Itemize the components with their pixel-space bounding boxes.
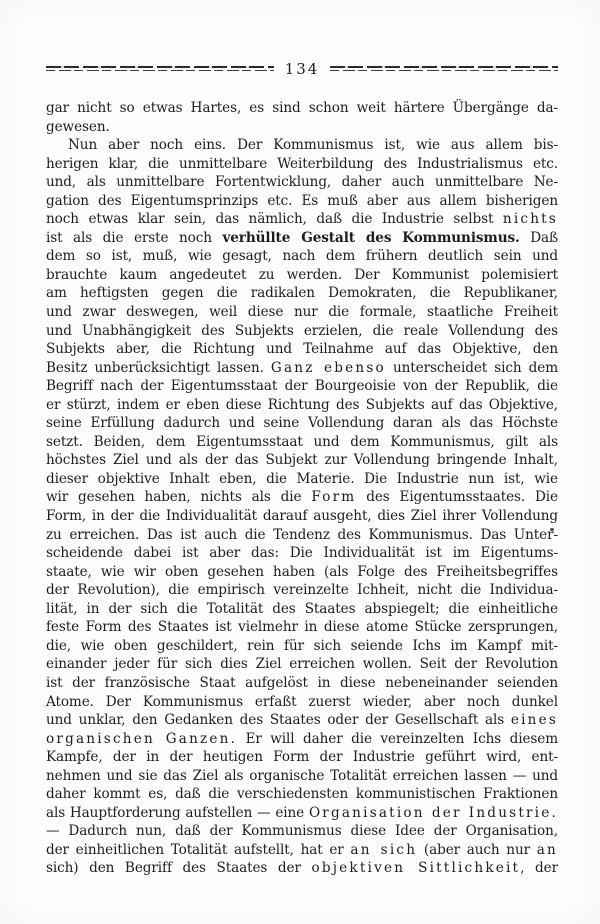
text-segment: gation des Eigentumsprinzips etc. Es muß…: [46, 193, 558, 209]
text-line: der einheitlichen Totalität aufstellt, h…: [46, 841, 558, 860]
text-segment: dem so ist, muß, wie gesagt, nach dem fr…: [46, 248, 558, 264]
text-line: gation des Eigentumsprinzips etc. Es muß…: [46, 192, 558, 211]
text-segment: als Hauptforderung aufstellen — eine: [46, 805, 309, 821]
text-segment: Besitz unberücksichtigt lassen.: [46, 360, 271, 376]
page-number: 134: [283, 60, 322, 78]
text-segment: des Eigentumsstaates. Die: [356, 489, 558, 505]
text-line: scheidende dabei ist aber das: Die Indiv…: [46, 544, 558, 563]
text-segment: und Unabhängigkeit des Subjekts erzielen…: [46, 323, 558, 339]
text-segment: setzt. Beiden, dem Eigentumsstaat und de…: [46, 434, 558, 450]
text-segment: er stürzt, indem er eben diese Richtung …: [46, 397, 558, 413]
text-segment: staate, wie wir oben gesehen haben (als …: [46, 564, 558, 580]
text-segment: höchstes Ziel und als der das Subjekt zu…: [46, 452, 558, 468]
text-segment: Er will daher die vereinzelten Ichs dies…: [237, 731, 558, 747]
text-line: herigen klar, die unmittelbare Weiterbil…: [46, 155, 558, 174]
text-line: als Hauptforderung aufstellen — eine Org…: [46, 804, 558, 823]
text-segment: sich) den Begriff des Staates der: [46, 860, 311, 876]
text-line: Begriff nach der Eigentumsstaat der Bour…: [46, 377, 558, 396]
page-text: gar nicht so etwas Hartes, es sind schon…: [46, 99, 558, 878]
text-line: brauchte kaum angedeutet zu werden. Der …: [46, 266, 558, 285]
text-segment: scheidende dabei ist aber das: Die Indiv…: [46, 545, 558, 561]
text-line: Nun aber noch eins. Der Kommunismus ist,…: [46, 136, 558, 155]
emphasized-spaced-text: an sich: [350, 842, 417, 858]
text-line: staate, wie wir oben gesehen haben (als …: [46, 563, 558, 582]
text-line: am heftigsten gegen die radikalen Demokr…: [46, 284, 558, 303]
text-segment: noch etwas klar sein, das nämlich, daß d…: [46, 211, 503, 227]
text-line: und Unabhängigkeit des Subjekts erzielen…: [46, 322, 558, 341]
text-segment: und unklar, den Gedanken des Staates ode…: [46, 712, 511, 728]
text-line: organischen Ganzen. Er will daher die ve…: [46, 730, 558, 749]
text-line: und zwar deswegen, weil diese nur die fo…: [46, 303, 558, 322]
text-segment: dieser objektive Inhalt eben, die Materi…: [46, 471, 558, 487]
text-line: ist als die erste noch verhüllte Gestalt…: [46, 229, 558, 248]
text-segment: herigen klar, die unmittelbare Weiterbil…: [46, 156, 558, 172]
text-segment: und, als unmittelbare Fortentwicklung, d…: [46, 174, 558, 190]
text-line: — Dadurch nun, daß der Kommunismus diese…: [46, 822, 558, 841]
text-line: setzt. Beiden, dem Eigentumsstaat und de…: [46, 433, 558, 452]
text-segment: Subjekts aber, die Richtung und Teilnahm…: [46, 341, 558, 357]
text-line: nehmen und sie das Ziel als organische T…: [46, 767, 558, 786]
emphasized-spaced-text: eines: [511, 712, 558, 728]
text-line: dieser objektive Inhalt eben, die Materi…: [46, 470, 558, 489]
text-line: Subjekts aber, die Richtung und Teilnahm…: [46, 340, 558, 359]
emphasized-bold-text: verhüllte Gestalt des Kommunismus.: [222, 230, 519, 246]
text-segment: gar nicht so etwas Hartes, es sind schon…: [46, 100, 558, 116]
text-line: er stürzt, indem er eben diese Richtung …: [46, 396, 558, 415]
text-line: Atome. Der Kommunismus erfaßt zuerst wie…: [46, 693, 558, 712]
text-line: einander jeder für sich dies Ziel erreic…: [46, 655, 558, 674]
text-line: gar nicht so etwas Hartes, es sind schon…: [46, 99, 558, 118]
text-line: höchstes Ziel und als der das Subjekt zu…: [46, 451, 558, 470]
text-line: sich) den Begriff des Staates der objekt…: [46, 859, 558, 878]
text-segment: (aber auch nur: [417, 842, 537, 858]
header-rule-right: [330, 65, 558, 73]
text-segment: Kampfe, der in der heutigen Form der Ind…: [46, 749, 558, 765]
text-line: wir gesehen haben, nichts als die Form d…: [46, 488, 558, 507]
text-segment: unterscheidet sich dem: [386, 360, 558, 376]
text-line: seine Erfüllung dadurch und seine Vollen…: [46, 414, 558, 433]
text-line: dem so ist, muß, wie gesagt, nach dem fr…: [46, 247, 558, 266]
text-segment: ist der französische Staat aufgelöst in …: [46, 675, 558, 691]
text-line: ist der französische Staat aufgelöst in …: [46, 674, 558, 693]
text-line: die, wie oben geschildert, rein für sich…: [46, 637, 558, 656]
emphasized-spaced-text: nichts: [503, 211, 558, 227]
text-segment: der Revolution), die empirisch vereinzel…: [46, 582, 558, 598]
text-line: zu erreichen. Das ist auch die Tendenz d…: [46, 526, 558, 545]
text-segment: Form, in der die Individualität darauf a…: [46, 508, 558, 524]
text-line: feste Form des Staates ist vielmehr in d…: [46, 618, 558, 637]
text-segment: zu erreichen. Das ist auch die Tendenz d…: [46, 527, 558, 543]
text-segment: Daß: [520, 230, 558, 246]
text-line: noch etwas klar sein, das nämlich, daß d…: [46, 210, 558, 229]
text-segment: wir gesehen haben, nichts als die: [46, 489, 311, 505]
text-segment: — Dadurch nun, daß der Kommunismus diese…: [46, 823, 558, 839]
text-segment: einander jeder für sich dies Ziel erreic…: [46, 656, 558, 672]
text-line: lität, in der sich die Totalität des Sta…: [46, 600, 558, 619]
text-line: und, als unmittelbare Fortentwicklung, d…: [46, 173, 558, 192]
header-rule-left: [46, 65, 274, 73]
text-segment: daher kommt es, daß die verschiedensten …: [46, 786, 558, 802]
text-segment: feste Form des Staates ist vielmehr in d…: [46, 619, 558, 635]
text-segment: lität, in der sich die Totalität des Sta…: [46, 601, 558, 617]
text-segment: und zwar deswegen, weil diese nur die fo…: [46, 304, 558, 320]
emphasized-spaced-text: Organisation der Industrie.: [309, 805, 558, 821]
emphasized-spaced-text: an: [537, 842, 558, 858]
emphasized-spaced-text: objektiven Sittlichkeit: [311, 860, 520, 876]
text-segment: Nun aber noch eins. Der Kommunismus ist,…: [68, 137, 558, 153]
text-line: daher kommt es, daß die verschiedensten …: [46, 785, 558, 804]
text-line: und unklar, den Gedanken des Staates ode…: [46, 711, 558, 730]
text-segment: , der: [520, 860, 558, 876]
text-line: Besitz unberücksichtigt lassen. Ganz ebe…: [46, 359, 558, 378]
text-line: gewesen.: [46, 118, 558, 137]
text-segment: Atome. Der Kommunismus erfaßt zuerst wie…: [46, 694, 558, 710]
emphasized-spaced-text: Ganz ebenso: [271, 360, 386, 376]
text-segment: am heftigsten gegen die radikalen Demokr…: [46, 285, 558, 301]
text-segment: der einheitlichen Totalität aufstellt, h…: [46, 842, 350, 858]
page-header: 134: [46, 60, 558, 78]
text-segment: nehmen und sie das Ziel als organische T…: [46, 768, 558, 784]
text-line: der Revolution), die empirisch vereinzel…: [46, 581, 558, 600]
text-line: Form, in der die Individualität darauf a…: [46, 507, 558, 526]
emphasized-spaced-text: organischen Ganzen.: [46, 731, 237, 747]
text-segment: brauchte kaum angedeutet zu werden. Der …: [46, 267, 558, 283]
text-segment: die, wie oben geschildert, rein für sich…: [46, 638, 558, 654]
text-segment: seine Erfüllung dadurch und seine Vollen…: [46, 415, 558, 431]
text-segment: Begriff nach der Eigentumsstaat der Bour…: [46, 378, 558, 394]
emphasized-spaced-text: Form: [311, 489, 356, 505]
text-line: Kampfe, der in der heutigen Form der Ind…: [46, 748, 558, 767]
scan-speck: [550, 528, 554, 531]
text-segment: ist als die erste noch: [46, 230, 222, 246]
text-segment: gewesen.: [46, 119, 110, 135]
